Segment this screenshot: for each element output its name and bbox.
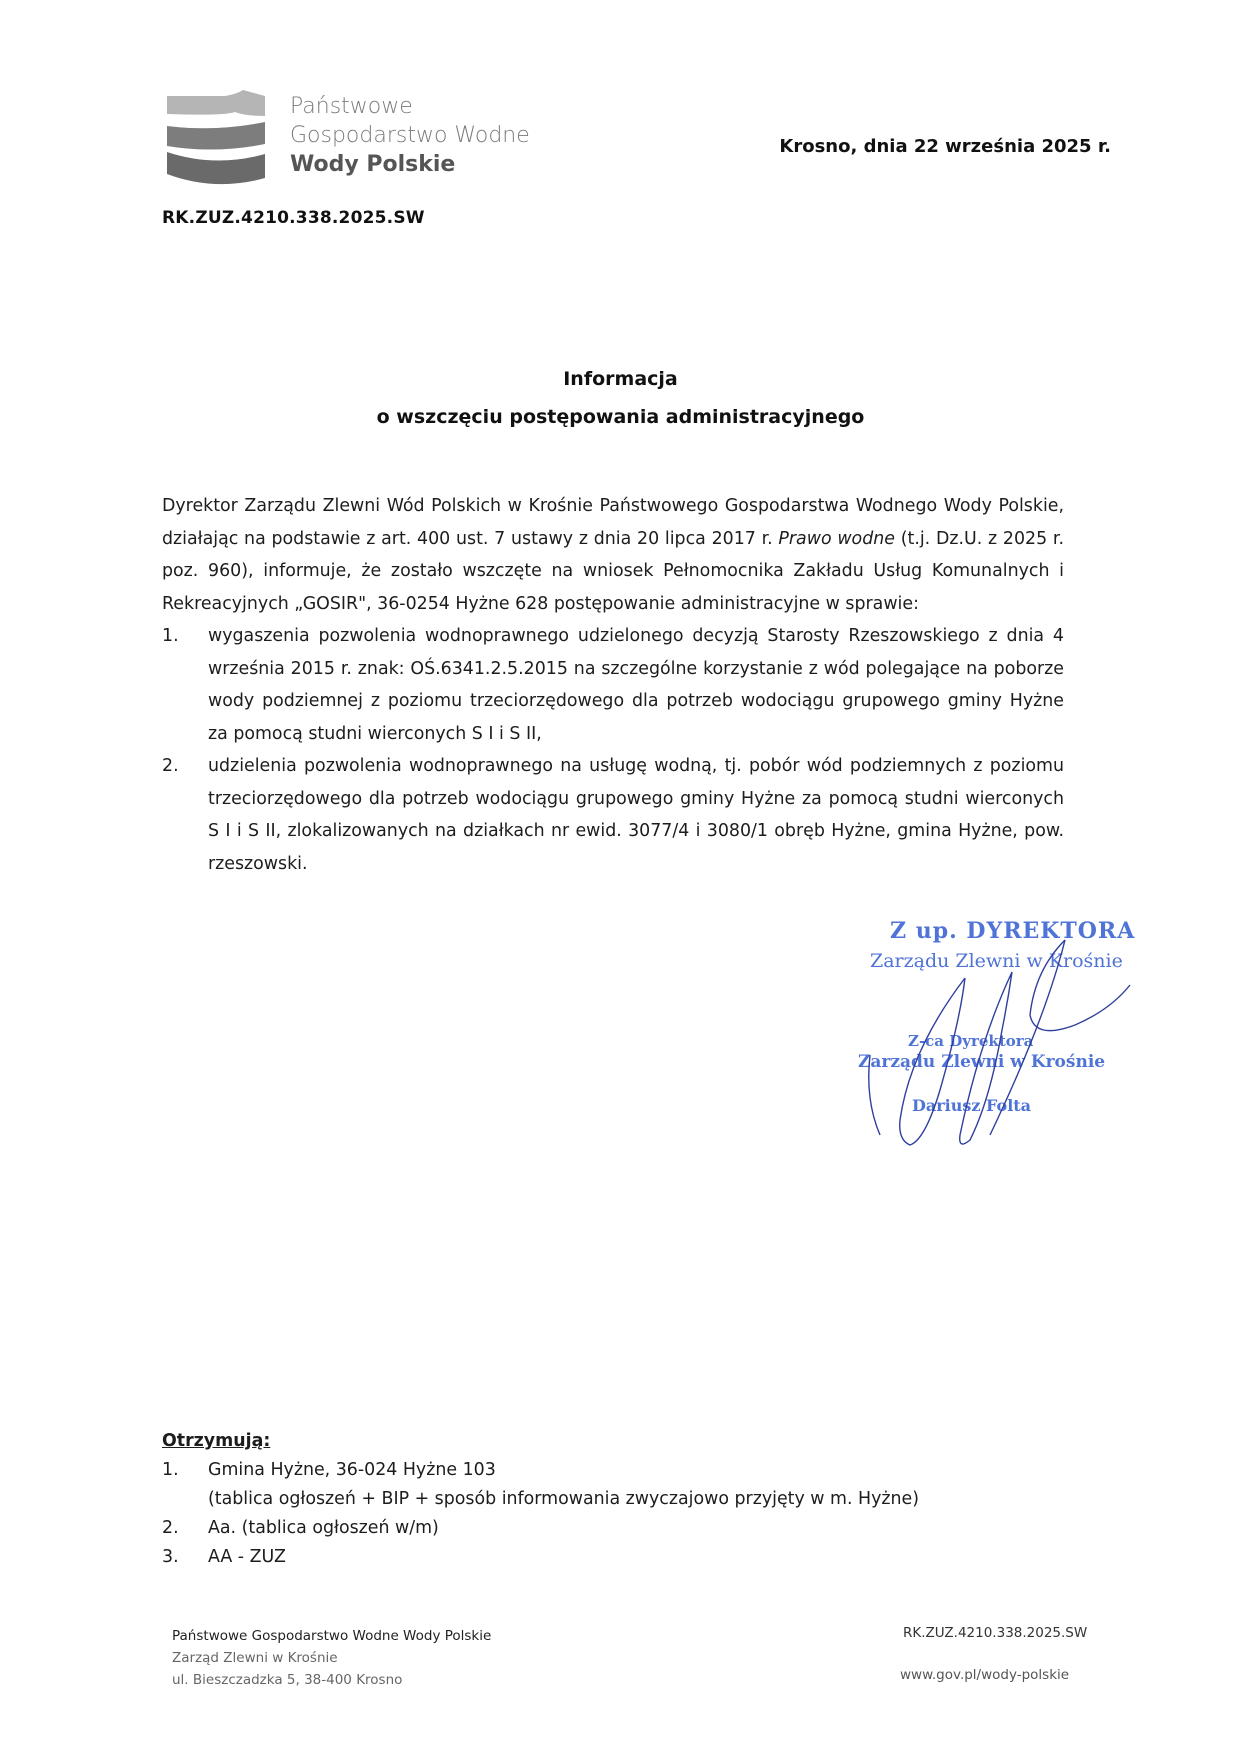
- logo-line-1: Państwowe: [290, 92, 530, 121]
- title-line-2: o wszczęciu postępowania administracyjne…: [0, 398, 1241, 436]
- title-line-1: Informacja: [0, 360, 1241, 398]
- law-name: Prawo wodne: [778, 529, 895, 549]
- recipient-number: 3.: [162, 1543, 179, 1572]
- recipients-heading: Otrzymują:: [162, 1427, 919, 1456]
- list-text: udzielenia pozwolenia wodnoprawnego na u…: [208, 756, 1064, 874]
- list-number: 2.: [162, 750, 179, 783]
- footer-street: ul. Bieszczadzka 5, 38-400 Krosno: [172, 1669, 491, 1691]
- recipient-note: (tablica ogłoszeń + BIP + sposób informo…: [208, 1485, 919, 1514]
- reference-number: RK.ZUZ.4210.338.2025.SW: [162, 208, 425, 228]
- footer-address: Państwowe Gospodarstwo Wodne Wody Polski…: [172, 1625, 491, 1691]
- recipient-name: Aa. (tablica ogłoszeń w/m): [208, 1514, 919, 1543]
- document-body: Dyrektor Zarządu Zlewni Wód Polskich w K…: [162, 490, 1064, 880]
- footer-website-link[interactable]: www.gov.pl/wody-polskie: [900, 1667, 1069, 1683]
- place-date: Krosno, dnia 22 września 2025 r.: [779, 136, 1111, 157]
- document-title: Informacja o wszczęciu postępowania admi…: [0, 360, 1241, 436]
- recipient-item: 3. AA - ZUZ: [162, 1543, 919, 1572]
- recipient-item: 2. Aa. (tablica ogłoszeń w/m): [162, 1514, 919, 1543]
- list-item: 2. udzielenia pozwolenia wodnoprawnego n…: [162, 750, 1064, 880]
- list-number: 1.: [162, 620, 179, 653]
- list-item: 1. wygaszenia pozwolenia wodnoprawnego u…: [162, 620, 1064, 750]
- recipient-number: 1.: [162, 1456, 179, 1485]
- recipients-list: 1. Gmina Hyżne, 36-024 Hyżne 103 (tablic…: [162, 1456, 919, 1572]
- recipient-item: 1. Gmina Hyżne, 36-024 Hyżne 103 (tablic…: [162, 1456, 919, 1514]
- footer-unit: Zarząd Zlewni w Krośnie: [172, 1647, 491, 1669]
- recipient-name: Gmina Hyżne, 36-024 Hyżne 103: [208, 1456, 919, 1485]
- handwritten-signature-icon: [830, 900, 1150, 1150]
- matters-list: 1. wygaszenia pozwolenia wodnoprawnego u…: [162, 620, 1064, 880]
- recipient-name: AA - ZUZ: [208, 1543, 919, 1572]
- footer-reference: RK.ZUZ.4210.338.2025.SW: [903, 1625, 1087, 1641]
- logo-wordmark: Państwowe Gospodarstwo Wodne Wody Polski…: [290, 92, 530, 179]
- recipient-number: 2.: [162, 1514, 179, 1543]
- footer-org: Państwowe Gospodarstwo Wodne Wody Polski…: [172, 1625, 491, 1647]
- logo-line-3: Wody Polskie: [290, 150, 530, 179]
- wody-polskie-logo-icon: [165, 88, 275, 188]
- list-text: wygaszenia pozwolenia wodnoprawnego udzi…: [208, 626, 1064, 744]
- recipients-section: Otrzymują: 1. Gmina Hyżne, 36-024 Hyżne …: [162, 1427, 919, 1572]
- logo-line-2: Gospodarstwo Wodne: [290, 121, 530, 150]
- intro-paragraph: Dyrektor Zarządu Zlewni Wód Polskich w K…: [162, 490, 1064, 620]
- official-stamp: Z up. DYREKTORA Zarządu Zlewni w Krośnie…: [830, 900, 1150, 1150]
